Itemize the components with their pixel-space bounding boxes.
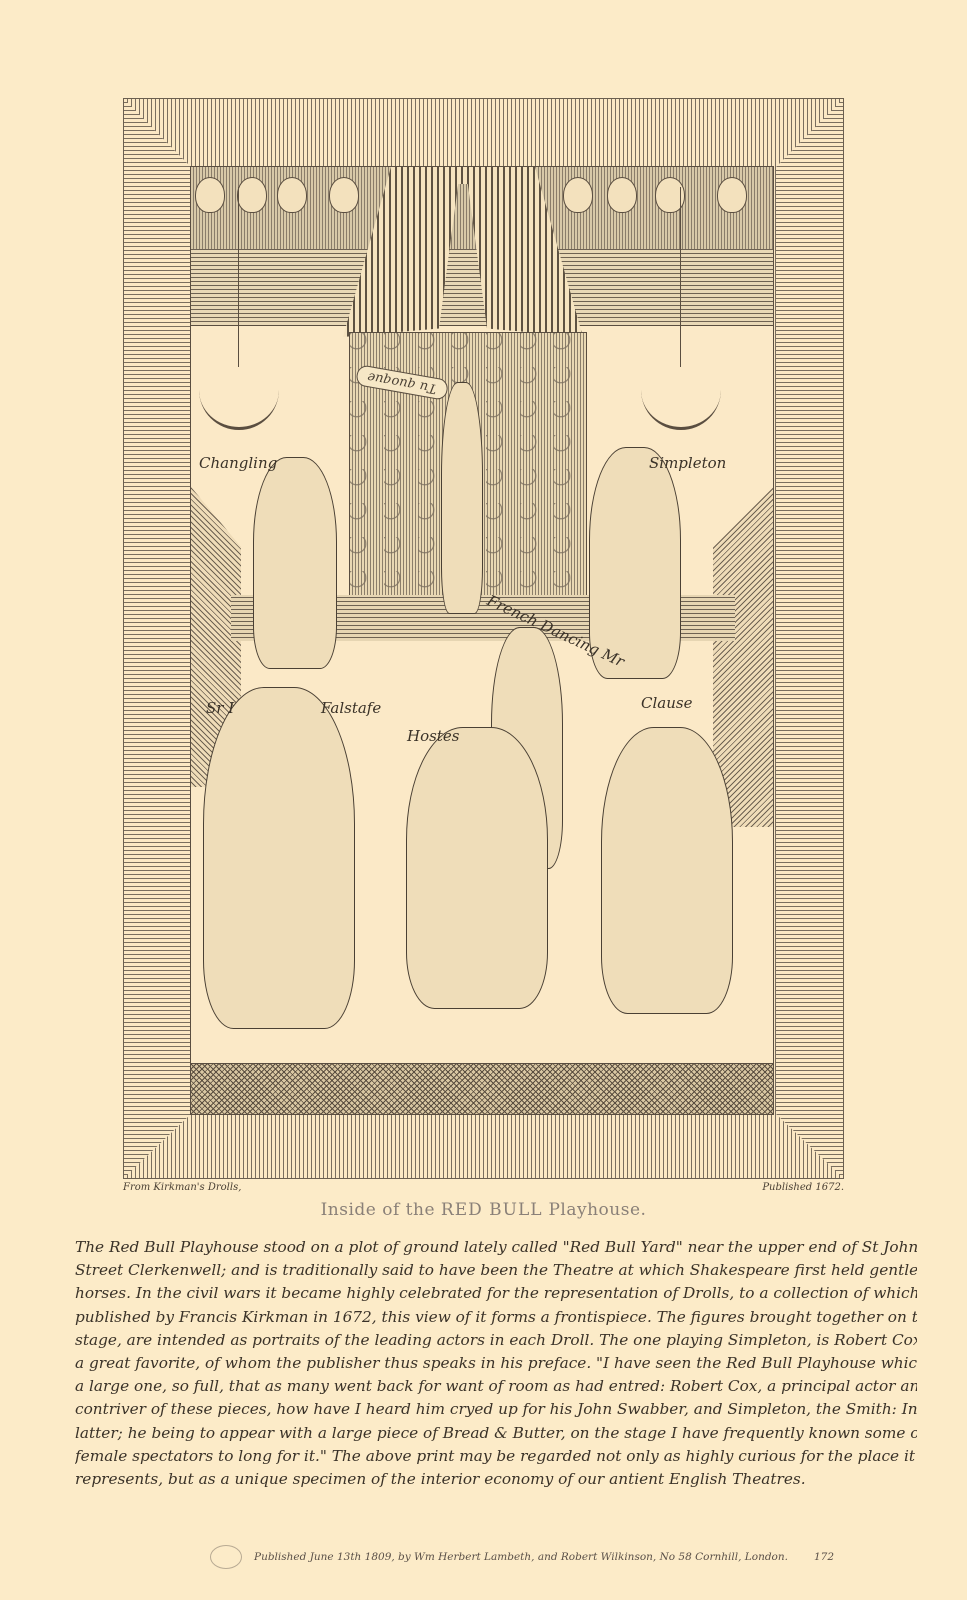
description-line: latter; he being to appear with a large …: [75, 1422, 917, 1445]
description-line: female spectators to long for it." The a…: [75, 1445, 917, 1468]
publisher-imprint: Published June 13th 1809, by Wm Herbert …: [210, 1545, 834, 1569]
title-suffix: Playhouse.: [543, 1200, 647, 1220]
credit-published: Published 1672.: [762, 1182, 844, 1193]
figure-falstafe: [203, 687, 355, 1029]
figure-hostes: [406, 727, 548, 1009]
figure-changling: [253, 457, 337, 669]
description-line: stage, are intended as portraits of the …: [75, 1329, 917, 1352]
spectator-face: [277, 177, 307, 213]
stage-front-lattice: [191, 1063, 773, 1114]
frame-left-hatching: [124, 99, 191, 1178]
plate-number: 172: [814, 1551, 834, 1563]
title-caps: RED BULL: [441, 1200, 543, 1220]
description-line: contriver of these pieces, how have I he…: [75, 1398, 917, 1421]
left-chandelier-icon: [199, 367, 279, 430]
spectator-face: [717, 177, 747, 213]
label-sir-j: Sr I: [206, 699, 234, 717]
label-clause: Clause: [641, 694, 692, 712]
label-changling: Changling: [199, 454, 277, 472]
spectator-face: [329, 177, 359, 213]
description-line: horses. In the civil wars it became high…: [75, 1282, 917, 1305]
right-chandelier-icon: [641, 367, 721, 430]
title-prefix: Inside of the: [321, 1200, 441, 1220]
label-simpleton: Simpleton: [649, 454, 726, 472]
figure-tu-quoque: [441, 382, 483, 614]
spectator-face: [607, 177, 637, 213]
description-paragraph: The Red Bull Playhouse stood on a plot o…: [75, 1236, 917, 1491]
imprint-text: Published June 13th 1809, by Wm Herbert …: [254, 1551, 788, 1563]
plate-title: Inside of the RED BULL Playhouse.: [0, 1200, 967, 1220]
monogram-icon: [210, 1545, 242, 1569]
description-line: represents, but as a unique specimen of …: [75, 1468, 917, 1491]
description-line: a great favorite, of whom the publisher …: [75, 1352, 917, 1375]
spectator-face: [195, 177, 225, 213]
frame-right-hatching: [776, 99, 843, 1178]
spectator-face: [237, 177, 267, 213]
description-line: published by Francis Kirkman in 1672, th…: [75, 1306, 917, 1329]
label-falstafe: Falstafe: [321, 699, 381, 717]
description-line: The Red Bull Playhouse stood on a plot o…: [75, 1236, 917, 1259]
credit-source: From Kirkman's Drolls,: [123, 1182, 241, 1193]
spectator-face: [563, 177, 593, 213]
theatre-engraving: Tu quoque Changling Simpleton French Dan…: [190, 166, 774, 1115]
figure-clause: [601, 727, 733, 1014]
label-hostes: Hostes: [407, 727, 459, 745]
description-line: a large one, so full, that as many went …: [75, 1375, 917, 1398]
description-line: Street Clerkenwell; and is traditionally…: [75, 1259, 917, 1282]
